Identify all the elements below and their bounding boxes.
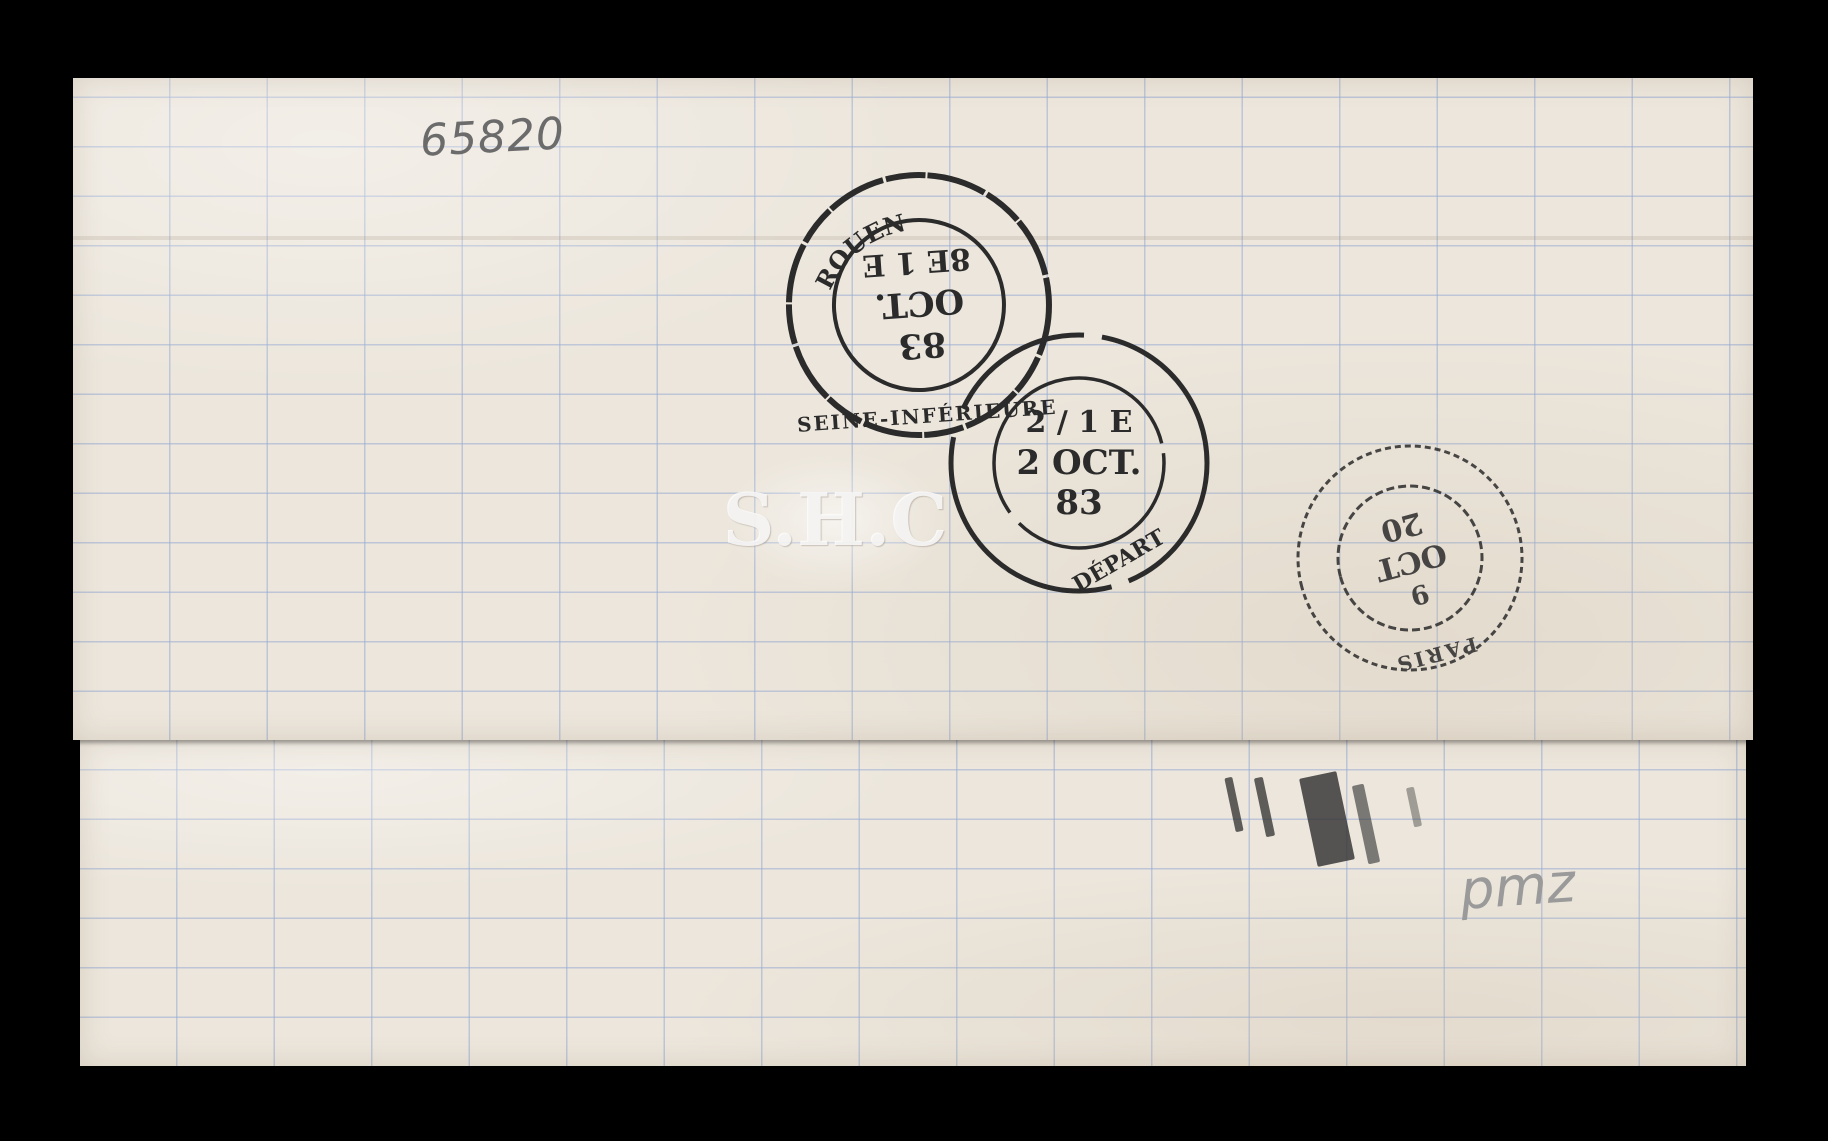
postmark-depart: 2 / 1 E 2 OCT. 83 DÉPART [944, 328, 1214, 598]
postmark-depart-line3: 83 [944, 486, 1214, 520]
postmark-depart-line1: 2 / 1 E [944, 408, 1214, 438]
postmark-depart-line2: 2 OCT. [944, 446, 1214, 480]
inventory-number: 65820 [419, 108, 566, 167]
bar-cancel-marking [1220, 772, 1450, 872]
embossed-seal: S.H.C [720, 450, 950, 590]
pencil-signature: pmz [1458, 851, 1577, 922]
